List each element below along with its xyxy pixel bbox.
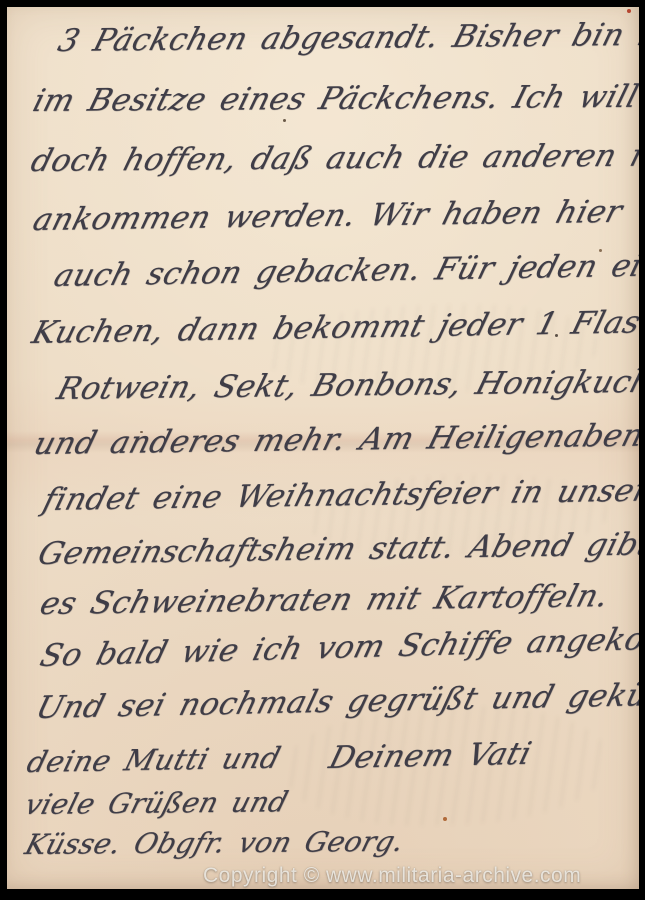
signature-line: Küsse. Obgfr. von Georg. [21,825,408,861]
closing-line-vati: Deinem Vati [325,736,535,776]
paper-speck [555,334,558,337]
handwriting-line: auch schon gebacken. Für jeden einen [50,247,639,294]
paper-speck [140,431,143,433]
paper-speck [283,119,286,122]
handwriting-line: und anderes mehr. Am Heiligenabend [30,417,639,462]
paper-speck [599,249,602,252]
copyright-watermark: Copyright © www.militaria-archive.com [203,864,581,888]
handwriting-line: Gemeinschaftsheim statt. Abend gibt [34,526,639,572]
letter-page: 3 Päckchen abgesandt. Bisher bin ich nur… [7,7,639,889]
handwriting-line: es Schweinebraten mit Kartoffeln. [36,578,613,622]
handwriting-line: im Besitze eines Päckchens. Ich will je- [29,78,639,119]
paper-speck [627,9,631,13]
handwriting-line: 3 Päckchen abgesandt. Bisher bin ich nur [54,16,639,59]
paper-speck [443,817,447,821]
handwriting-line: So bald wie ich vom Schiffe angekommen [36,619,639,674]
closing-line-mutti: deine Mutti und [23,741,284,779]
paper-speck [91,699,94,702]
handwriting-line: doch hoffen, daß auch die anderen noch [27,137,639,179]
handwriting-line: Rotwein, Sekt, Bonbons, Honigkuchen [53,363,639,407]
closing-line-gruesse: viele Grüßen und [21,785,291,821]
handwriting-line: ankommen werden. Wir haben hier [29,194,626,238]
scan-photo: { "letter": { "lines": [ "3 Päckchen abg… [0,0,645,900]
